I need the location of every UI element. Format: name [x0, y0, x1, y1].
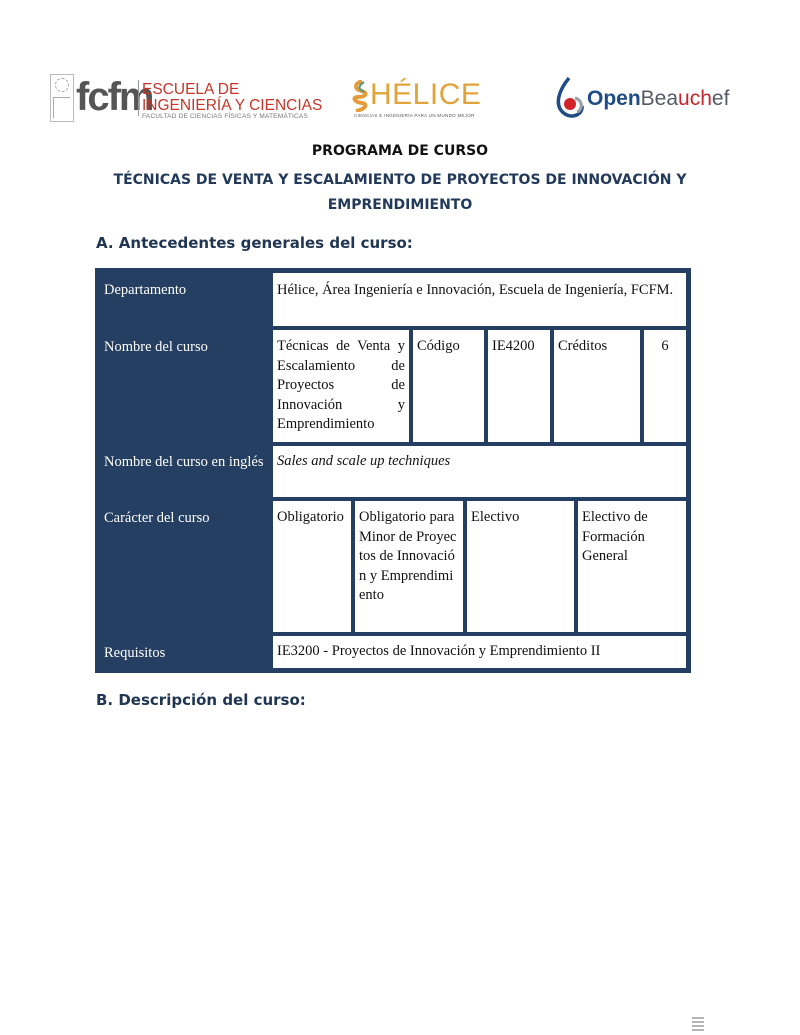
fcfm-line-3: FACULTAD DE CIENCIAS FÍSICAS Y MATEMÁTIC… [142, 113, 308, 120]
helice-logo: HÉLICE CIENCIAS E INGENIERÍA PARA UN MUN… [350, 80, 475, 120]
creditos-value: 6 [644, 330, 686, 442]
section-a-heading: A. Antecedentes generales del curso: [96, 234, 413, 252]
fcfm-line-2: INGENIERÍA Y CIENCIAS [142, 97, 322, 114]
logo-divider [138, 80, 139, 116]
openbeauchef-logo: OpenBeauchef [555, 76, 735, 120]
caracter-option-efg: Electivo de Formación General [578, 501, 686, 632]
fcfm-logo: fcfm ESCUELA DE INGENIERÍA Y CIENCIAS FA… [50, 72, 310, 124]
fcfm-line-1: ESCUELA DE [142, 81, 239, 98]
creditos-label: Créditos [554, 330, 640, 442]
departamento-value: Hélice, Área Ingeniería e Innovación, Es… [273, 273, 686, 326]
nombre-ingles-value: Sales and scale up techniques [273, 446, 686, 497]
caracter-option-obligatorio: Obligatorio [273, 501, 351, 632]
openbeauchef-swirl-icon [555, 76, 585, 120]
requisitos-value: IE3200 - Proyectos de Innovación y Empre… [273, 636, 686, 668]
helice-wordmark: HÉLICE [370, 78, 481, 112]
departamento-label: Departamento [104, 281, 186, 301]
program-label: PROGRAMA DE CURSO [0, 143, 800, 159]
section-b-heading: B. Descripción del curso: [96, 691, 306, 709]
caracter-option-electivo: Electivo [467, 501, 574, 632]
nombre-curso-label: Nombre del curso [104, 338, 208, 358]
helix-icon [350, 80, 370, 112]
helice-tagline: CIENCIAS E INGENIERÍA PARA UN MUNDO MEJO… [354, 113, 475, 118]
page-marker-icon [692, 1017, 704, 1033]
caracter-option-obligatorio-minor: Obligatorio para Minor de Proyectos de I… [355, 501, 463, 632]
university-crest-icon [50, 74, 74, 122]
caracter-label: Carácter del curso [104, 509, 209, 529]
fcfm-wordmark: fcfm [76, 74, 152, 120]
general-info-table: Departamento Hélice, Área Ingeniería e I… [95, 268, 691, 673]
course-title: TÉCNICAS DE VENTA Y ESCALAMIENTO DE PROY… [0, 168, 800, 218]
codigo-label: Código [413, 330, 484, 442]
nombre-ingles-label: Nombre del curso en inglés [104, 453, 264, 473]
nombre-curso-value: Técnicas de Venta y Escalamiento de Proy… [273, 330, 409, 442]
openbeauchef-wordmark: OpenBeauchef [587, 86, 729, 112]
codigo-value: IE4200 [488, 330, 550, 442]
requisitos-label: Requisitos [104, 644, 165, 664]
